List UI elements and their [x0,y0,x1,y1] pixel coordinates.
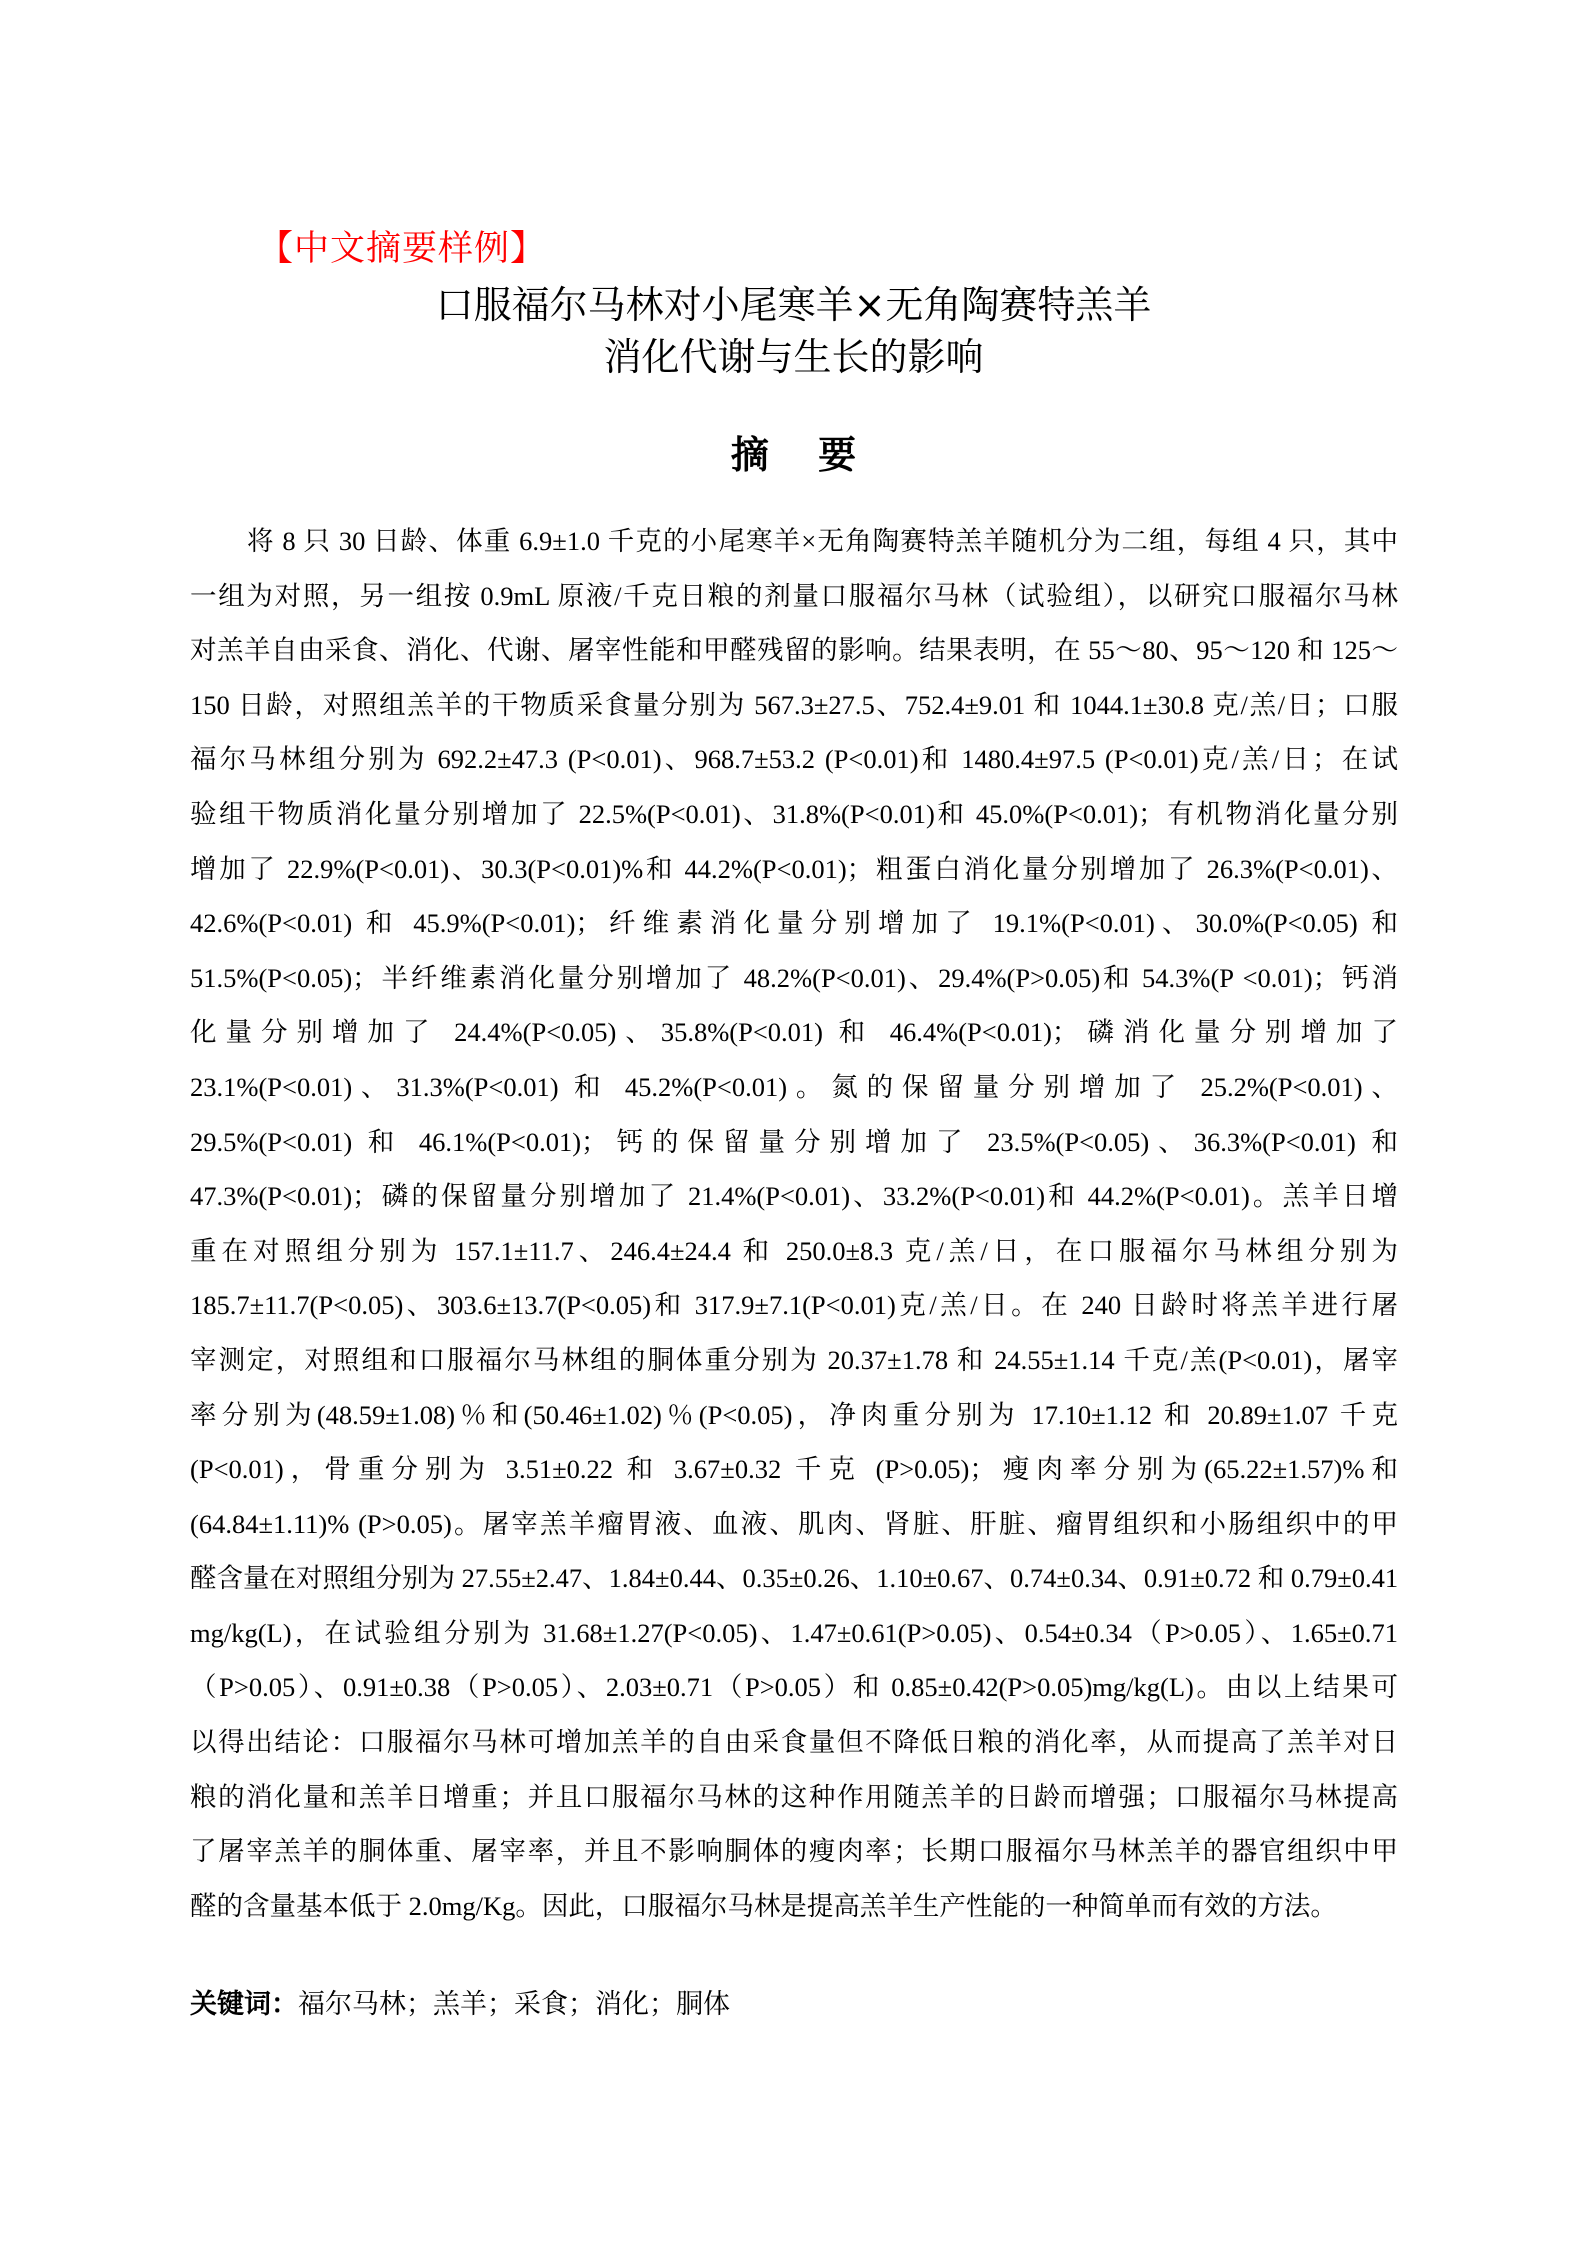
abstract-line: mg/kg(L)，在试验组分别为 31.68±1.27(P<0.05)、1.47… [190,1606,1398,1661]
abstract-line: 化量分别增加了 24.4%(P<0.05)、35.8%(P<0.01) 和 46… [190,1005,1398,1060]
paper-title-line-1: 口服福尔马林对小尾寒羊×无角陶赛特羔羊 [0,280,1587,330]
keywords: 关键词：福尔马林；羔羊；采食；消化；胴体 [190,1982,730,2027]
abstract-line: 42.6%(P<0.01) 和 45.9%(P<0.01)；纤维素消化量分别增加… [190,896,1398,951]
abstract-line: 增加了 22.9%(P<0.01)、30.3(P<0.01)%和 44.2%(P… [190,842,1398,897]
abstract-heading: 摘 要 [0,430,1587,480]
abstract-body: 将 8 只 30 日龄、体重 6.9±1.0 千克的小尾寒羊×无角陶赛特羔羊随机… [190,514,1398,1933]
abstract-line: 了屠宰羔羊的胴体重、屠宰率，并且不影响胴体的瘦肉率；长期口服福尔马林羔羊的器官组… [190,1824,1398,1879]
abstract-line: 率分别为(48.59±1.08)％和(50.46±1.02)％(P<0.05)，… [190,1388,1398,1443]
abstract-line: 醛含量在对照组分别为 27.55±2.47、1.84±0.44、0.35±0.2… [190,1551,1398,1606]
abstract-line: 验组干物质消化量分别增加了 22.5%(P<0.01)、31.8%(P<0.01… [190,787,1398,842]
abstract-line: 宰测定，对照组和口服福尔马林组的胴体重分别为 20.37±1.78 和 24.5… [190,1333,1398,1388]
abstract-line: 185.7±11.7(P<0.05)、303.6±13.7(P<0.05)和 3… [190,1278,1398,1333]
abstract-line: 一组为对照，另一组按 0.9mL 原液/千克日粮的剂量口服福尔马林（试验组），以… [190,569,1398,624]
abstract-line: 51.5%(P<0.05)；半纤维素消化量分别增加了 48.2%(P<0.01)… [190,951,1398,1006]
abstract-line: 23.1%(P<0.01)、31.3%(P<0.01) 和 45.2%(P<0.… [190,1060,1398,1115]
abstract-line: 将 8 只 30 日龄、体重 6.9±1.0 千克的小尾寒羊×无角陶赛特羔羊随机… [190,514,1398,569]
sample-label: 【中文摘要样例】 [258,226,546,272]
abstract-line: (64.84±1.11)% (P>0.05)。屠宰羔羊瘤胃液、血液、肌肉、肾脏、… [190,1497,1398,1552]
abstract-line: 福尔马林组分别为 692.2±47.3 (P<0.01)、968.7±53.2 … [190,732,1398,787]
keywords-label: 关键词： [190,1989,298,2020]
abstract-line: 150 日龄，对照组羔羊的干物质采食量分别为 567.3±27.5、752.4±… [190,678,1398,733]
keywords-list: 福尔马林；羔羊；采食；消化；胴体 [298,1989,730,2019]
abstract-line: （P>0.05）、0.91±0.38（P>0.05）、2.03±0.71（P>0… [190,1660,1398,1715]
abstract-line: 对羔羊自由采食、消化、代谢、屠宰性能和甲醛残留的影响。结果表明，在 55～80、… [190,623,1398,678]
abstract-line: 29.5%(P<0.01) 和 46.1%(P<0.01)；钙的保留量分别增加了… [190,1115,1398,1170]
abstract-line: 重在对照组分别为 157.1±11.7、246.4±24.4 和 250.0±8… [190,1224,1398,1279]
abstract-line: (P<0.01)，骨重分别为 3.51±0.22 和 3.67±0.32 千克 … [190,1442,1398,1497]
paper-title-line-2: 消化代谢与生长的影响 [0,332,1587,382]
abstract-line: 47.3%(P<0.01)；磷的保留量分别增加了 21.4%(P<0.01)、3… [190,1169,1398,1224]
abstract-line: 醛的含量基本低于 2.0mg/Kg。因此，口服福尔马林是提高羔羊生产性能的一种简… [190,1879,1398,1934]
abstract-line: 粮的消化量和羔羊日增重；并且口服福尔马林的这种作用随羔羊的日龄而增强；口服福尔马… [190,1770,1398,1825]
abstract-line: 以得出结论：口服福尔马林可增加羔羊的自由采食量但不降低日粮的消化率，从而提高了羔… [190,1715,1398,1770]
